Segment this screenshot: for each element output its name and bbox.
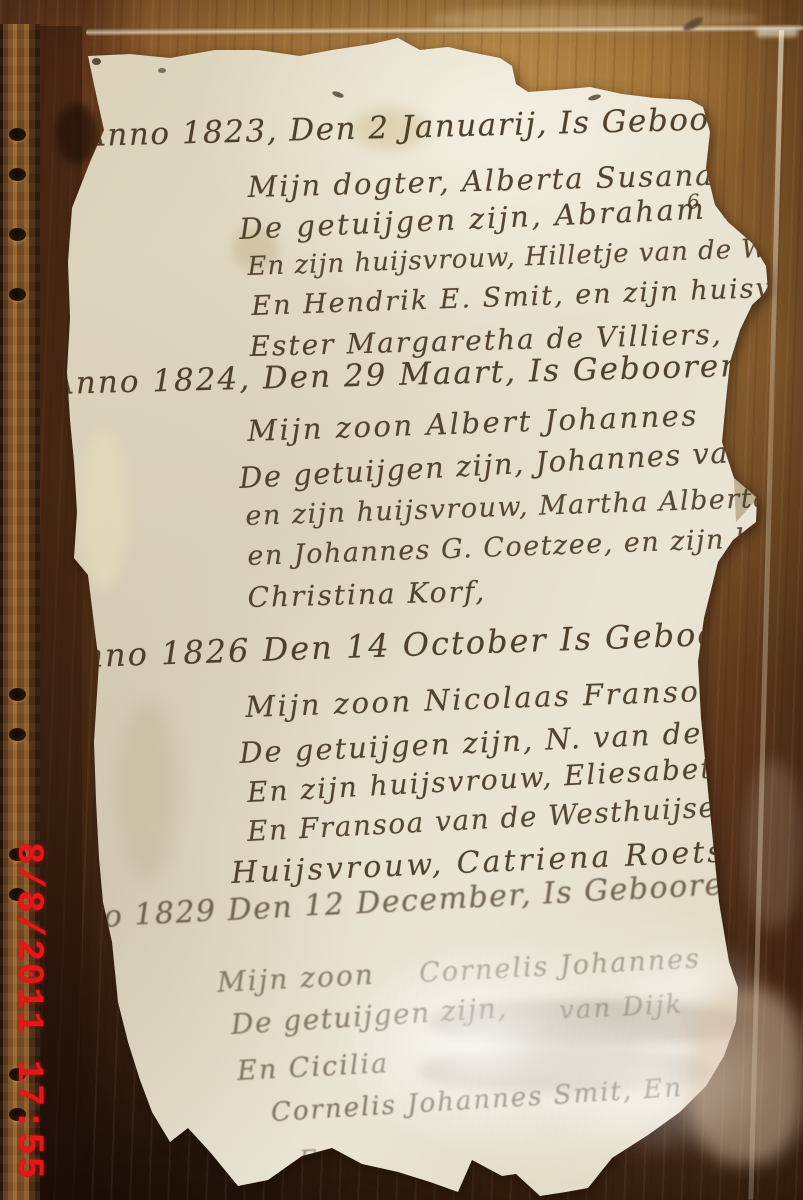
- ink-speck: [588, 93, 602, 101]
- plastic-glare-streaks: [350, 945, 690, 1155]
- fold-crease: [80, 430, 128, 590]
- manuscript-line: Christina Korf,: [247, 575, 486, 614]
- manuscript-line: Anno 1826 Den 14 October Is Gebooren: [57, 613, 780, 676]
- ink-speck: [158, 68, 166, 73]
- ink-speck: [332, 90, 345, 99]
- plastic-haze: [745, 760, 803, 930]
- manuscript-line: Mijn zoon Nicolaas Fransoa: [245, 673, 721, 724]
- photo-of-manuscript: Anno 1823, Den 2 Januarij, Is Gebooren M…: [0, 0, 803, 1200]
- camera-timestamp: 8/8/2011 17:55: [7, 842, 49, 1200]
- manuscript-line: Anno 1823, Den 2 Januarij, Is Gebooren: [83, 100, 768, 154]
- plastic-haze: [430, 6, 760, 32]
- manuscript-line: Mijn dogter, Alberta Susana Aletta: [247, 155, 803, 204]
- ink-speck: [84, 86, 91, 92]
- manuscript-line: En: [299, 1144, 335, 1174]
- manuscript-superscript-mark: 6: [686, 189, 701, 214]
- age-stain: [118, 700, 178, 880]
- ink-speck: [92, 58, 101, 65]
- plastic-haze: [688, 988, 803, 1163]
